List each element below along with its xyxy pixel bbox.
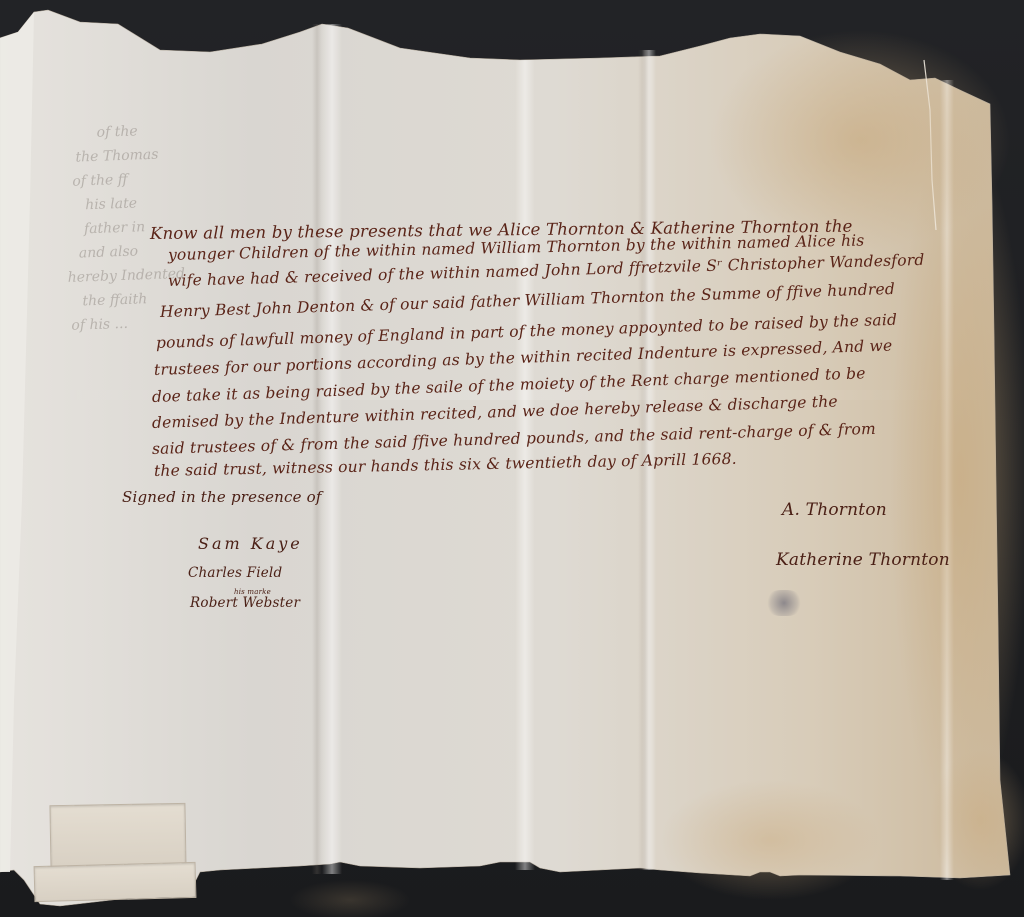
witness-signature-3: Robert Webster [190, 595, 300, 611]
parchment-document: of the the Thomas of the ff his late fat… [0, 0, 1024, 917]
witness-heading: Signed in the presence of [122, 488, 322, 506]
witness-name-3: Robert Webster [190, 595, 300, 611]
witness-signature-2: Charles Field [188, 565, 282, 581]
witness-signature-1: Sam Kaye [198, 534, 303, 553]
repair-patch-upper [49, 803, 186, 871]
signatory-2: Katherine Thornton [776, 550, 950, 570]
ink-smudge [766, 590, 802, 616]
signatory-1: A. Thornton [782, 500, 887, 520]
repair-patch-lower [34, 862, 197, 902]
